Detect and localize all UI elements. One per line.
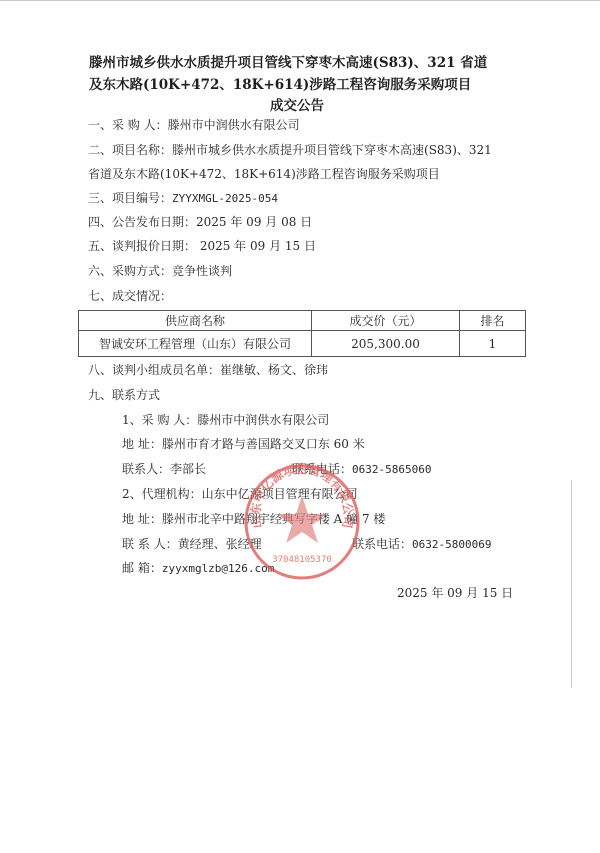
address-label: 地 址：: [122, 437, 162, 451]
award-table-header: 供应商名称 成交价（元） 排名: [79, 311, 526, 331]
section-method: 六、采购方式：竞争性谈判: [88, 264, 232, 278]
contact-agency-label: 2、代理机构：: [122, 487, 202, 501]
contact-purchaser-person: 联系人：李部长: [122, 462, 206, 476]
document-subtitle: 成交公告: [270, 99, 324, 113]
method-value: 竞争性谈判: [172, 264, 232, 278]
section-project-number: 三、项目编号：ZYYXMGL-2025-054: [88, 191, 278, 206]
contact-purchaser: 1、采 购 人：滕州市中润供水有限公司: [122, 413, 329, 427]
publish-date-value: 2025 年 09 月 08 日: [196, 215, 312, 229]
project-name-label: 二、项目名称：: [88, 143, 172, 157]
header-rank: 排名: [460, 311, 526, 331]
section-contact-label: 九、联系方式: [88, 388, 160, 402]
quote-date-value: 2025 年 09 月 15 日: [196, 239, 316, 253]
cell-rank: 1: [460, 331, 526, 357]
project-name-value-2: 省道及东木路(10K+472、18K+614)涉路工程咨询服务采购项目: [88, 167, 440, 181]
section-panel: 八、谈判小组成员名单：崔继敏、杨文、徐玮: [88, 363, 328, 377]
section-publish-date: 四、公告发布日期：2025 年 09 月 08 日: [88, 215, 312, 229]
table-row: 智诚安环工程管理（山东）有限公司 205,300.00 1: [79, 331, 526, 357]
cell-price: 205,300.00: [312, 331, 460, 357]
project-number-value: ZYYXMGL-2025-054: [172, 192, 278, 205]
award-table: 供应商名称 成交价（元） 排名 智诚安环工程管理（山东）有限公司 205,300…: [78, 310, 526, 357]
quote-date-label: 五、谈判报价日期：: [88, 239, 196, 253]
svg-text:37048105370: 37048105370: [272, 555, 332, 565]
title-line-2: 及东木路(10K+472、18K+614)涉路工程咨询服务采购项目: [89, 78, 471, 92]
purchaser-value: 滕州市中润供水有限公司: [168, 118, 300, 132]
section-quote-date: 五、谈判报价日期： 2025 年 09 月 15 日: [88, 239, 316, 253]
contact-purchaser-name: 滕州市中润供水有限公司: [197, 413, 329, 427]
method-label: 六、采购方式：: [88, 264, 172, 278]
contact-agency-person: 联 系 人：黄经理、张经理: [122, 537, 262, 551]
scan-edge-line: [571, 480, 572, 688]
signature-date: 2025 年 09 月 15 日: [397, 586, 513, 600]
contact-purchaser-address: 地 址：滕州市育才路与善国路交叉口东 60 米: [122, 437, 365, 451]
header-price: 成交价（元）: [312, 311, 460, 331]
page-top-border: [0, 0, 600, 1]
person-label: 联系人：: [122, 462, 170, 476]
official-seal-icon: 山东中亿源项目管理有限公司 37048105370: [242, 462, 362, 582]
contact-agency-phone: 联系电话：0632-5800069: [352, 537, 492, 552]
panel-value: 崔继敏、杨文、徐玮: [220, 363, 328, 377]
project-number-label: 三、项目编号：: [88, 191, 172, 205]
person-value: 李部长: [170, 462, 206, 476]
section-project-name: 二、项目名称：滕州市城乡供水水质提升项目管线下穿枣木高速(S83)、321: [88, 143, 492, 157]
publish-date-label: 四、公告发布日期：: [88, 215, 196, 229]
address-value: 滕州市育才路与善国路交叉口东 60 米: [162, 437, 365, 451]
section-award-label: 七、成交情况：: [88, 289, 172, 303]
cell-supplier: 智诚安环工程管理（山东）有限公司: [79, 331, 312, 357]
phone-value: 0632-5865060: [352, 463, 431, 476]
agency-address-label: 地 址：: [122, 512, 162, 526]
agency-email-label: 邮 箱：: [122, 561, 162, 575]
contact-purchaser-label: 1、采 购 人：: [122, 413, 197, 427]
project-name-value-1: 滕州市城乡供水水质提升项目管线下穿枣木高速(S83)、321: [172, 143, 492, 157]
header-supplier: 供应商名称: [79, 311, 312, 331]
purchaser-label: 一、采 购 人：: [88, 118, 168, 132]
agency-person-label: 联 系 人：: [122, 537, 178, 551]
panel-label: 八、谈判小组成员名单：: [88, 363, 220, 377]
section-purchaser: 一、采 购 人：滕州市中润供水有限公司: [88, 118, 300, 132]
title-line-1: 滕州市城乡供水水质提升项目管线下穿枣木高速(S83)、321 省道: [89, 56, 487, 70]
agency-phone-value: 0632-5800069: [412, 538, 491, 551]
